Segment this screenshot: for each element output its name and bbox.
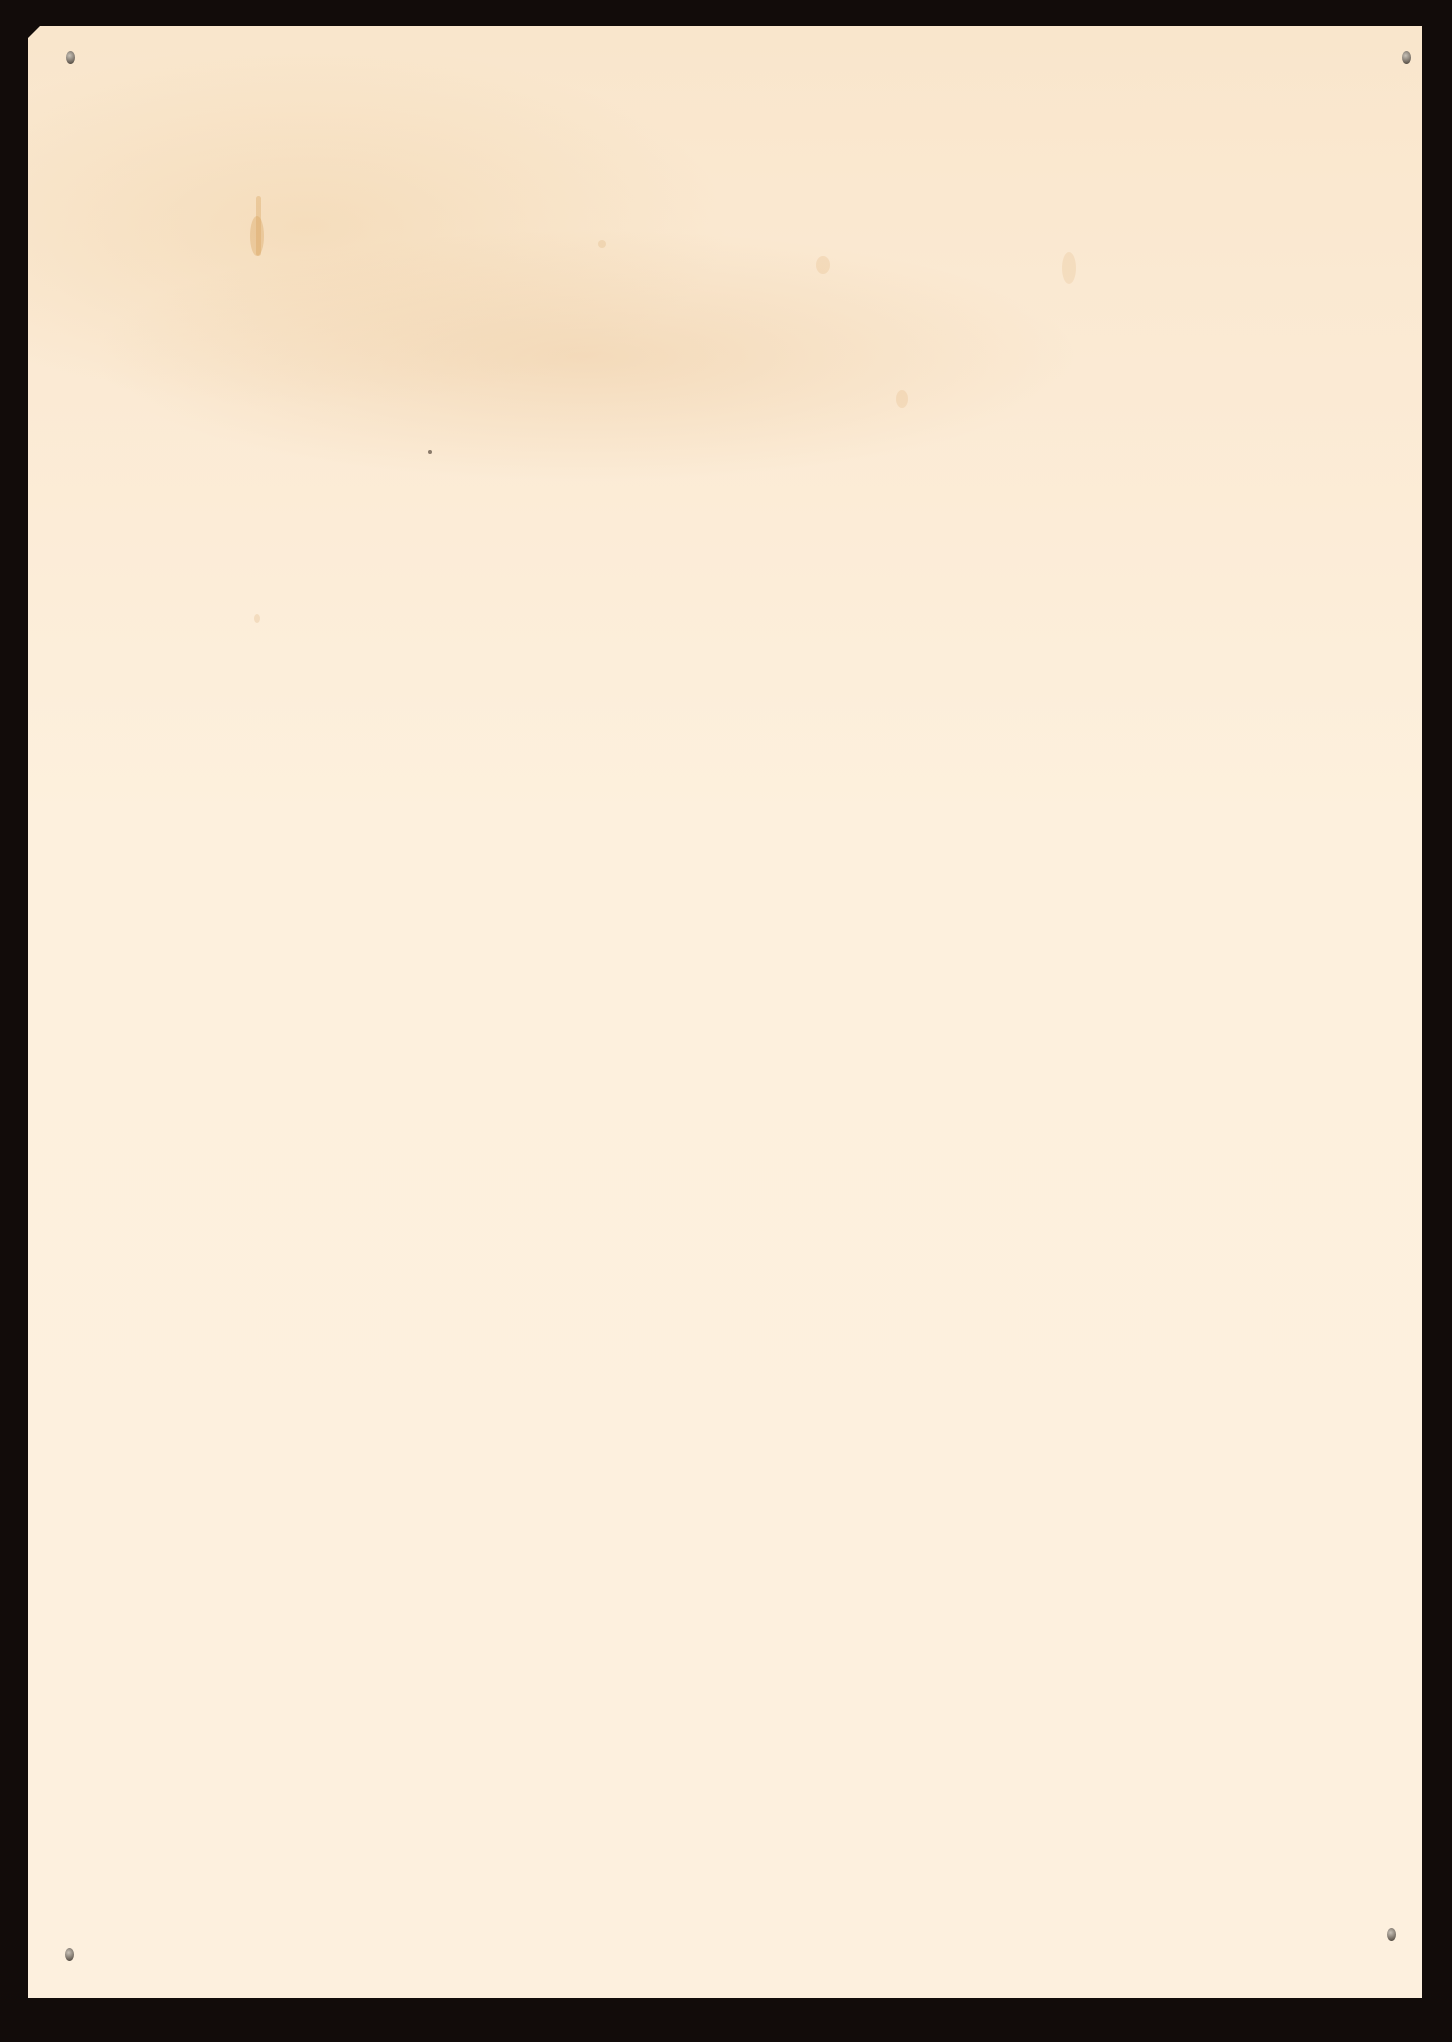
pin-bottom-left xyxy=(65,1948,74,1961)
blank-paper-sheet xyxy=(28,26,1422,1998)
stain-mark xyxy=(598,240,606,248)
stain-mark xyxy=(896,390,908,408)
pin-bottom-right xyxy=(1387,1928,1396,1941)
stain-mark xyxy=(816,256,830,274)
stain-mark xyxy=(428,450,432,454)
pin-top-right xyxy=(1402,51,1411,64)
stain-mark xyxy=(1062,252,1076,284)
stain-mark xyxy=(254,614,260,623)
pin-top-left xyxy=(66,51,75,64)
stain-mark xyxy=(256,196,261,256)
